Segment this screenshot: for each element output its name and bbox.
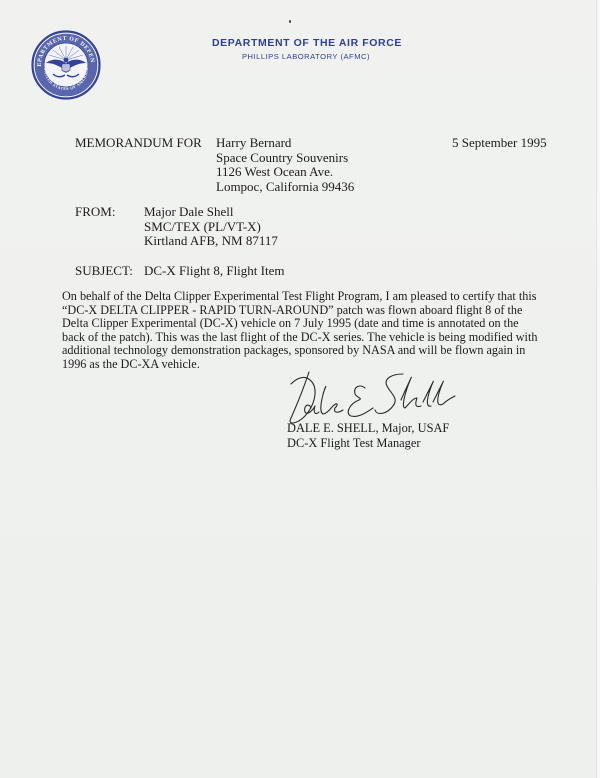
sender-location: Kirtland AFB, NM 87117 xyxy=(144,234,278,249)
body-line: On behalf of the Delta Clipper Experimen… xyxy=(62,290,582,304)
signature-block: DALE E. SHELL, Major, USAF DC-X Flight T… xyxy=(287,421,449,450)
signer-name: DALE E. SHELL, Major, USAF xyxy=(287,421,449,436)
from-label: FROM: xyxy=(75,205,115,219)
recipient-street: 1126 West Ocean Ave. xyxy=(216,165,354,180)
body-line: back of the patch). This was the last fl… xyxy=(62,331,582,345)
body-line: Delta Clipper Experimental (DC-X) vehicl… xyxy=(62,317,582,331)
sender-office: SMC/TEX (PL/VT-X) xyxy=(144,220,278,235)
memorandum-for-label: MEMORANDUM FOR xyxy=(75,136,202,150)
paper-edge xyxy=(596,0,600,778)
memo-date: 5 September 1995 xyxy=(452,136,547,150)
paper-speck xyxy=(289,20,291,23)
recipient-name: Harry Bernard xyxy=(216,136,354,151)
recipient-company: Space Country Souvenirs xyxy=(216,151,354,166)
organization-name: DEPARTMENT OF THE AIR FORCE xyxy=(212,37,400,49)
subject-label: SUBJECT: xyxy=(75,264,133,278)
body-line: “DC-X DELTA CLIPPER - RAPID TURN-AROUND”… xyxy=(62,304,582,318)
letterhead: DEPARTMENT OF THE AIR FORCE PHILLIPS LAB… xyxy=(200,37,400,61)
recipient-city: Lompoc, California 99436 xyxy=(216,180,354,195)
sender-address: Major Dale Shell SMC/TEX (PL/VT-X) Kirtl… xyxy=(144,205,278,249)
signer-title: DC-X Flight Test Manager xyxy=(287,436,449,451)
sub-organization-name: PHILLIPS LABORATORY (AFMC) xyxy=(212,52,400,61)
body-paragraph: On behalf of the Delta Clipper Experimen… xyxy=(62,290,582,372)
recipient-address: Harry Bernard Space Country Souvenirs 11… xyxy=(216,136,354,194)
sender-name: Major Dale Shell xyxy=(144,205,278,220)
memo-page: DEPARTMENT OF DEFENSE UNITED STATES OF A… xyxy=(0,0,600,778)
department-of-defense-seal-icon: DEPARTMENT OF DEFENSE UNITED STATES OF A… xyxy=(31,30,101,100)
subject-text: DC-X Flight 8, Flight Item xyxy=(144,264,284,278)
body-line: additional technology demonstration pack… xyxy=(62,344,582,358)
